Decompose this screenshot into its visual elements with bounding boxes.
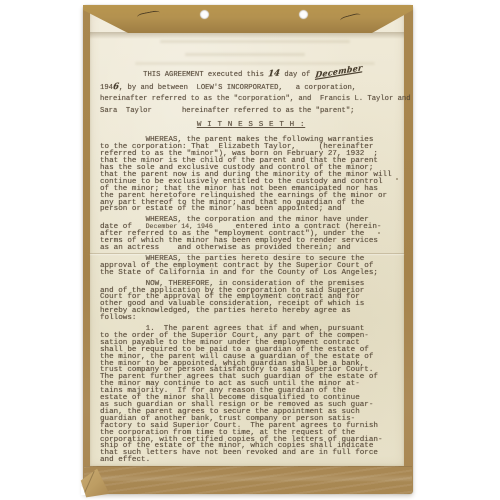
- block-recital-approval: WHEREAS, the parties hereto desire to se…: [100, 256, 402, 277]
- bleedthrough-smudge: [185, 53, 305, 56]
- block-recital-contract: WHEREAS, the corporation and the minor h…: [100, 217, 402, 252]
- punch-hole-right: [299, 10, 308, 19]
- typed-line: and effect.: [100, 457, 402, 464]
- typed-line: 1946, by and between LOEW'S INCORPORATED…: [100, 82, 402, 95]
- document-text: THIS AGREEMENT executed this 14 day of D…: [100, 68, 402, 464]
- typed-line: THIS AGREEMENT executed this 14 day of D…: [100, 68, 402, 82]
- typed-line: as an actress and otherwise as provided …: [100, 245, 402, 252]
- bleedthrough-smudge: [160, 40, 350, 43]
- scan-background: THIS AGREEMENT executed this 14 day of D…: [0, 0, 500, 500]
- typed-line: person or estate of the minor has been a…: [100, 206, 402, 213]
- document-page: THIS AGREEMENT executed this 14 day of D…: [90, 10, 404, 466]
- block-recital-warranties: WHEREAS, the parent makes the following …: [100, 137, 402, 213]
- punch-hole-left: [200, 10, 209, 19]
- flap-shadow: [90, 32, 404, 39]
- typed-line: W I T N E S S E T H :: [100, 121, 402, 130]
- typed-line: hereinafter referred to as the "corporat…: [100, 94, 402, 106]
- folder-top-flap: [83, 5, 413, 33]
- backing-wrinkle-texture: [84, 466, 412, 496]
- block-now-therefore: NOW, THEREFORE, in consideration of the …: [100, 281, 402, 322]
- block-opening: THIS AGREEMENT executed this 14 day of D…: [100, 68, 402, 117]
- typed-line: hereby acknowledged, the parties hereto …: [100, 308, 402, 315]
- typed-line: follows:: [100, 315, 402, 322]
- typed-line: the State of California in and for the C…: [100, 270, 402, 277]
- bleedthrough-smudge: [135, 62, 375, 65]
- block-clause-1: 1. The parent agrees that if and when, p…: [100, 326, 402, 464]
- block-witnesseth: W I T N E S S E T H :: [100, 121, 402, 130]
- typed-line: Sara Taylor hereinafter referred to as t…: [100, 106, 402, 118]
